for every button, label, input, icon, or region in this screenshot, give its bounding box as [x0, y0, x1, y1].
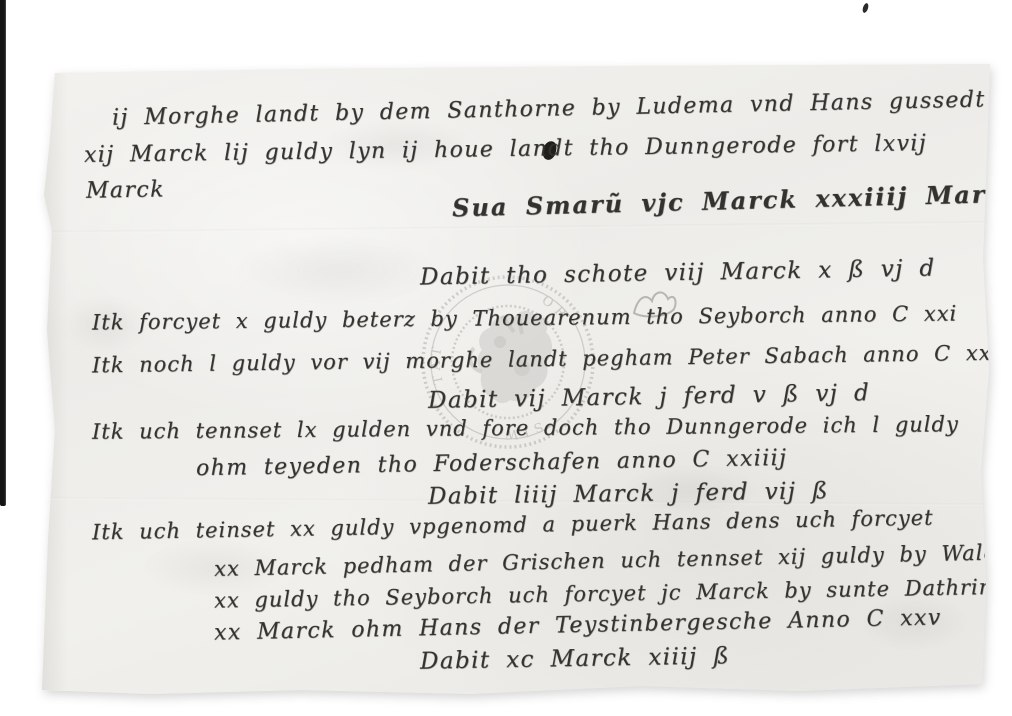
left-edge-shade [42, 70, 68, 690]
manuscript-line-1: ij Morghe landt by dem Santhorne by Lude… [112, 86, 1012, 130]
manuscript-line-2: xij Marck lij guldy lyn ij houe landt th… [84, 131, 927, 168]
manuscript-line-6: Itk forcyet x guldy beterz by Thouearenu… [92, 301, 957, 334]
paper-shadow-wrap: OR TAT SIW ij Morghe landt by dem Santho… [0, 0, 1012, 716]
manuscript-scan: OR TAT SIW ij Morghe landt by dem Santho… [0, 0, 1012, 716]
paper-crease [40, 221, 990, 234]
ink-showthrough-smudge [230, 235, 440, 305]
manuscript-line-9: Itk uch tennset lx gulden vnd fore doch … [92, 412, 959, 444]
paper-sheet: OR TAT SIW ij Morghe landt by dem Santho… [0, 0, 1012, 716]
manuscript-line-12: Itk uch teinset xx guldy vpgenomd a puer… [92, 506, 934, 545]
manuscript-line-13: xx Marck pedham der Grischen uch tennset… [214, 539, 1012, 581]
manuscript-line-3: Marck [86, 177, 165, 203]
manuscript-line-4-summa: Sua Smarũ vjc Marck xxxiiij Marck [452, 179, 1012, 223]
manuscript-line-16-dabit: Dabit xc Marck xiiij ß [420, 643, 730, 674]
manuscript-line-11-dabit: Dabit liiij Marck j ferd vij ß [428, 478, 829, 510]
manuscript-line-15: xx Marck ohm Hans der Teystinbergesche A… [214, 605, 942, 645]
manuscript-line-5-dabit: Dabit tho schote viij Marck x ß vj d [420, 256, 936, 291]
